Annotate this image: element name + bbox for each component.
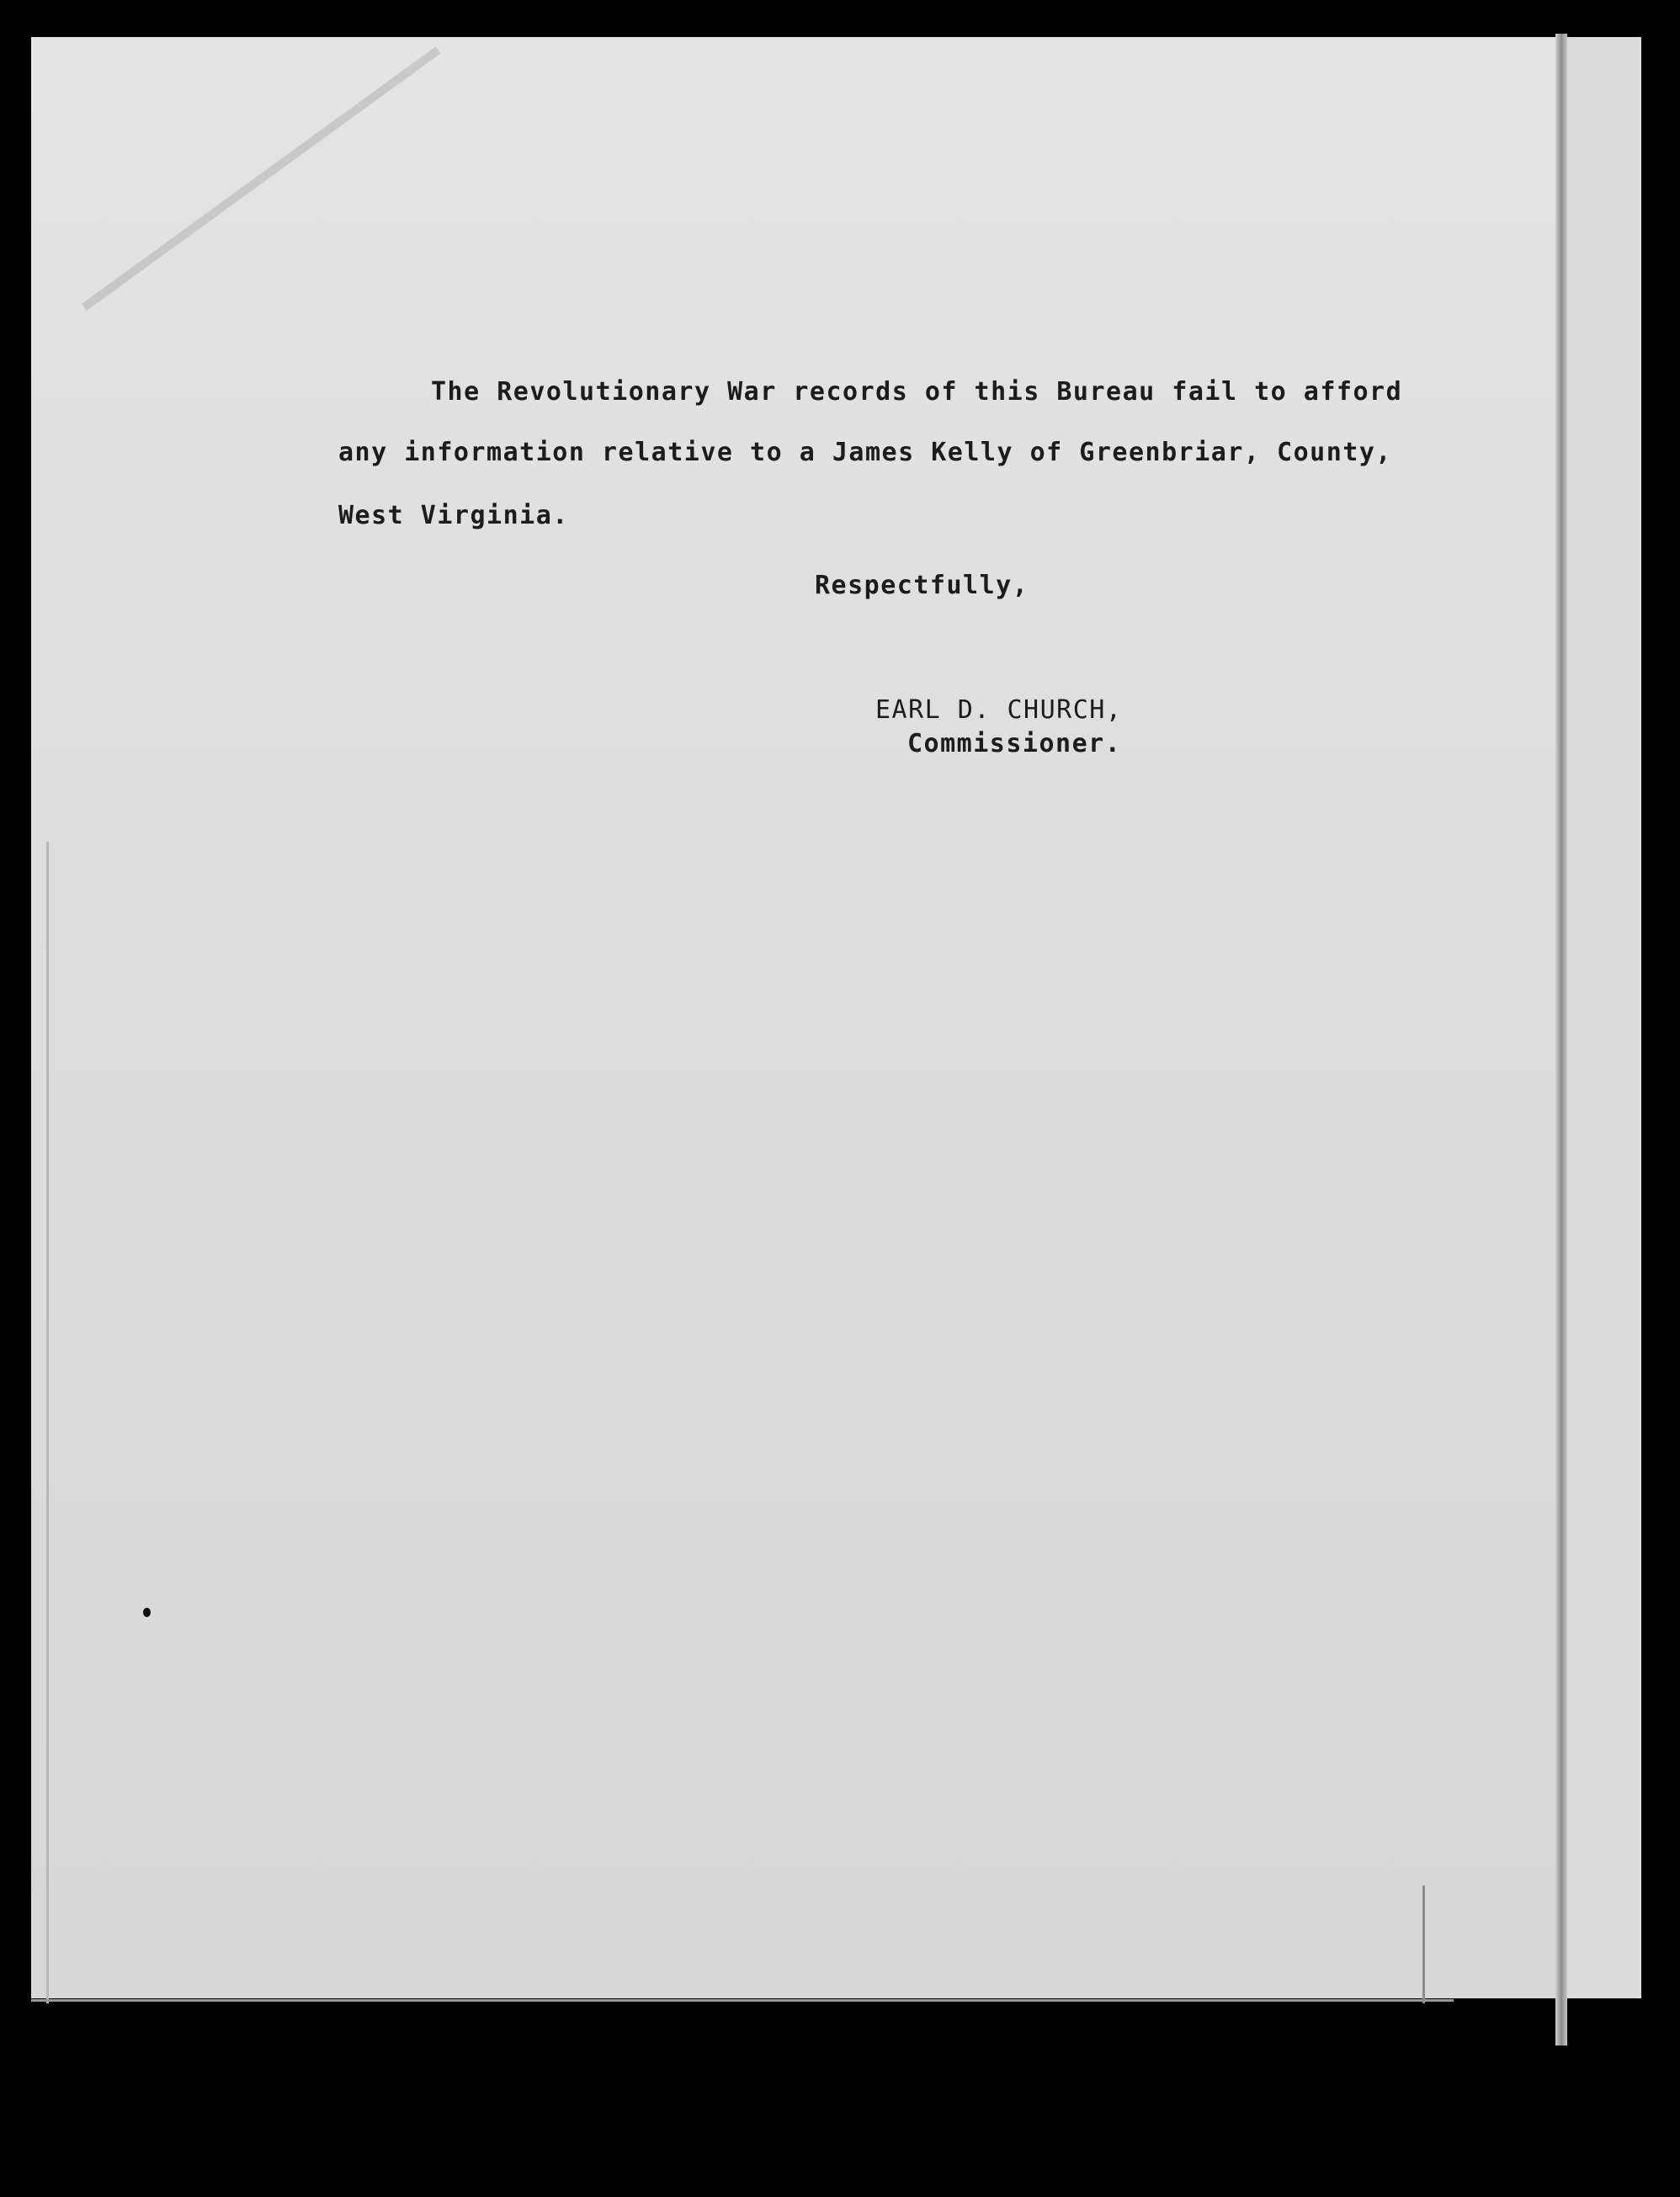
scan-frame: The Revolutionary War records of this Bu… [0, 0, 1680, 2197]
signature-title: Commissioner. [907, 729, 1121, 758]
body-line-2: any information relative to a James Kell… [338, 438, 1392, 467]
signature-name: EARL D. CHURCH, [875, 695, 1122, 725]
letter-text: The Revolutionary War records of this Bu… [0, 0, 1680, 2197]
closing: Respectfully, [815, 571, 1029, 600]
body-line-1: The Revolutionary War records of this Bu… [431, 377, 1402, 407]
body-line-3: West Virginia. [338, 501, 569, 530]
